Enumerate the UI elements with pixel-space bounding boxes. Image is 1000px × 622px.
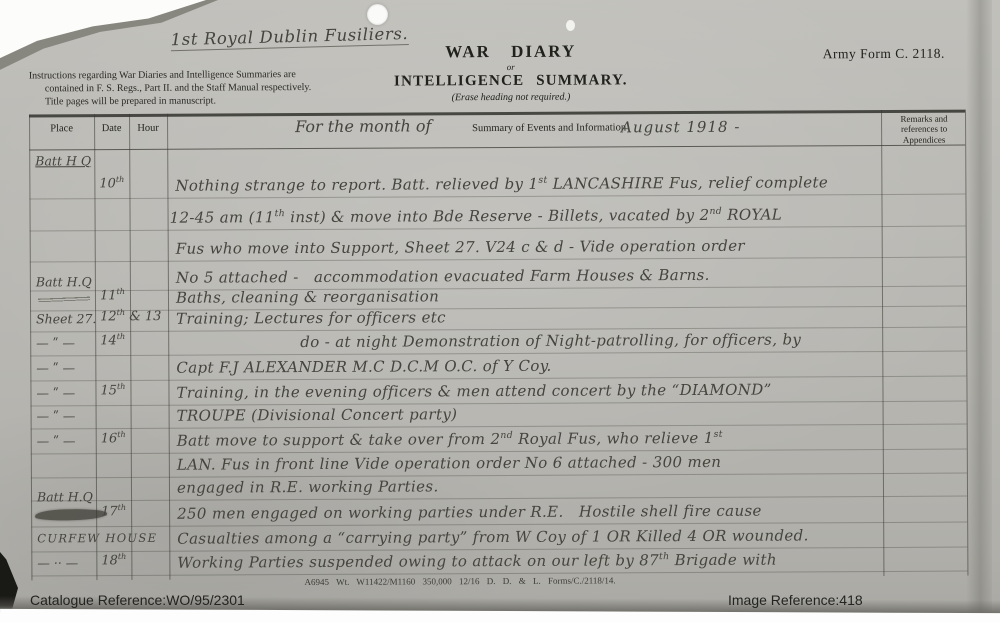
summary-text: Capt F.J ALEXANDER M.C D.C.M O.C. of Y C… (176, 357, 551, 377)
date-cell: 10th (99, 175, 124, 191)
summary-text: 250 men engaged on working parties under… (177, 502, 762, 523)
date-cell: 18th (101, 552, 126, 568)
summary-text: do - at night Demonstration of Night-pat… (300, 330, 801, 351)
place-cell: — ʺ — (36, 385, 75, 400)
scanned-war-diary-page: 1st Royal Dublin Fusiliers. Army Form C.… (0, 0, 1000, 622)
summary-text: Batt move to support & take over from 2n… (177, 429, 723, 450)
date-cell: 12th & 13 (100, 308, 161, 325)
paper-spot (566, 20, 575, 31)
summary-text: TROUPE (Divisional Concert party) (177, 405, 458, 424)
place-cell: — ·· — (37, 555, 78, 570)
summary-text: Training, in the evening officers & men … (176, 381, 771, 402)
summary-text: Baths, cleaning & reorganisation (176, 287, 439, 306)
summary-text: Casualties among a “carrying party” from… (177, 526, 809, 547)
summary-text: No 5 attached - accommodation evacuated … (176, 266, 710, 287)
place-cell: Batt H.Q (36, 274, 92, 289)
right-edge-crease (966, 0, 992, 622)
summary-text: Nothing strange to report. Batt. relieve… (175, 173, 828, 194)
place-cell: — ʺ — (37, 433, 76, 448)
place-cell: Sheet 27. (36, 311, 96, 326)
rule-line (30, 306, 966, 312)
rule-line (31, 424, 967, 430)
crossed-out-scribble (35, 508, 107, 521)
rule-line (31, 522, 967, 528)
summary-text: Training; Lectures for officers etc (176, 308, 446, 327)
place-cell: — ʺ — (36, 335, 75, 350)
summary-text: 12-45 am (11th inst) & move into Bde Res… (170, 206, 783, 227)
summary-text: Fus who move into Support, Sheet 27. V24… (176, 237, 745, 258)
form-content: 1st Royal Dublin Fusiliers. Army Form C.… (0, 0, 1000, 622)
place-cell: Batt H.Q (37, 489, 93, 504)
rule-line (30, 351, 966, 357)
punch-hole (367, 4, 388, 25)
place-cell: — ʺ — (36, 360, 75, 375)
summary-text: Working Parties suspended owing to attac… (177, 551, 777, 572)
rule-line (30, 376, 966, 382)
rule-line (30, 286, 966, 292)
date-cell: 17th (101, 503, 126, 519)
summary-text: engaged in R.E. working Parties. (177, 477, 439, 496)
rule-line (31, 496, 967, 502)
image-reference: Image Reference:418 (728, 592, 863, 608)
place-cell: CURFEW HOUSE (37, 531, 157, 546)
place-cell: — ʺ — (37, 408, 76, 423)
date-cell: 14th (100, 332, 125, 348)
diary-rows: Batt H Q10thNothing strange to report. B… (0, 0, 1000, 622)
summary-text: LAN. Fus in front line Vide operation or… (177, 453, 722, 474)
date-cell: 15th (100, 382, 125, 398)
rule-line (29, 194, 965, 200)
rule-line (31, 473, 967, 479)
rule-line (30, 257, 966, 263)
place-cell: Batt H Q (35, 153, 91, 168)
date-cell: 11th (100, 287, 125, 303)
print-footer-line: A6945 Wt. W11422/M1160 350,000 12/16 D. … (304, 575, 615, 587)
catalogue-reference: Catalogue Reference:WO/95/2301 (30, 592, 245, 608)
rule-line (31, 401, 967, 407)
crossed-out-scribble (38, 294, 90, 304)
date-cell: 16th (101, 430, 126, 446)
